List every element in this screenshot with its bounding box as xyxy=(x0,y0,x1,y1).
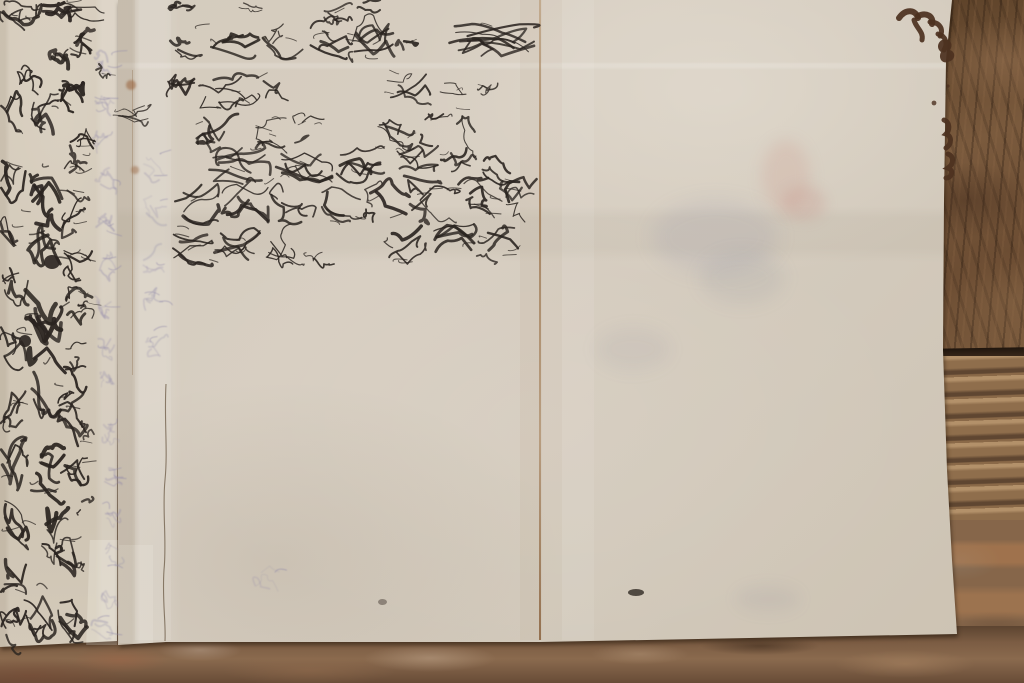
crack-line xyxy=(163,384,166,641)
worm-damage-marks xyxy=(899,11,954,178)
dirt-specks xyxy=(262,36,644,605)
manuscript-photo xyxy=(0,0,1024,683)
calligraphy-strokes xyxy=(0,0,540,654)
ink-and-damage-layer xyxy=(0,0,1024,683)
